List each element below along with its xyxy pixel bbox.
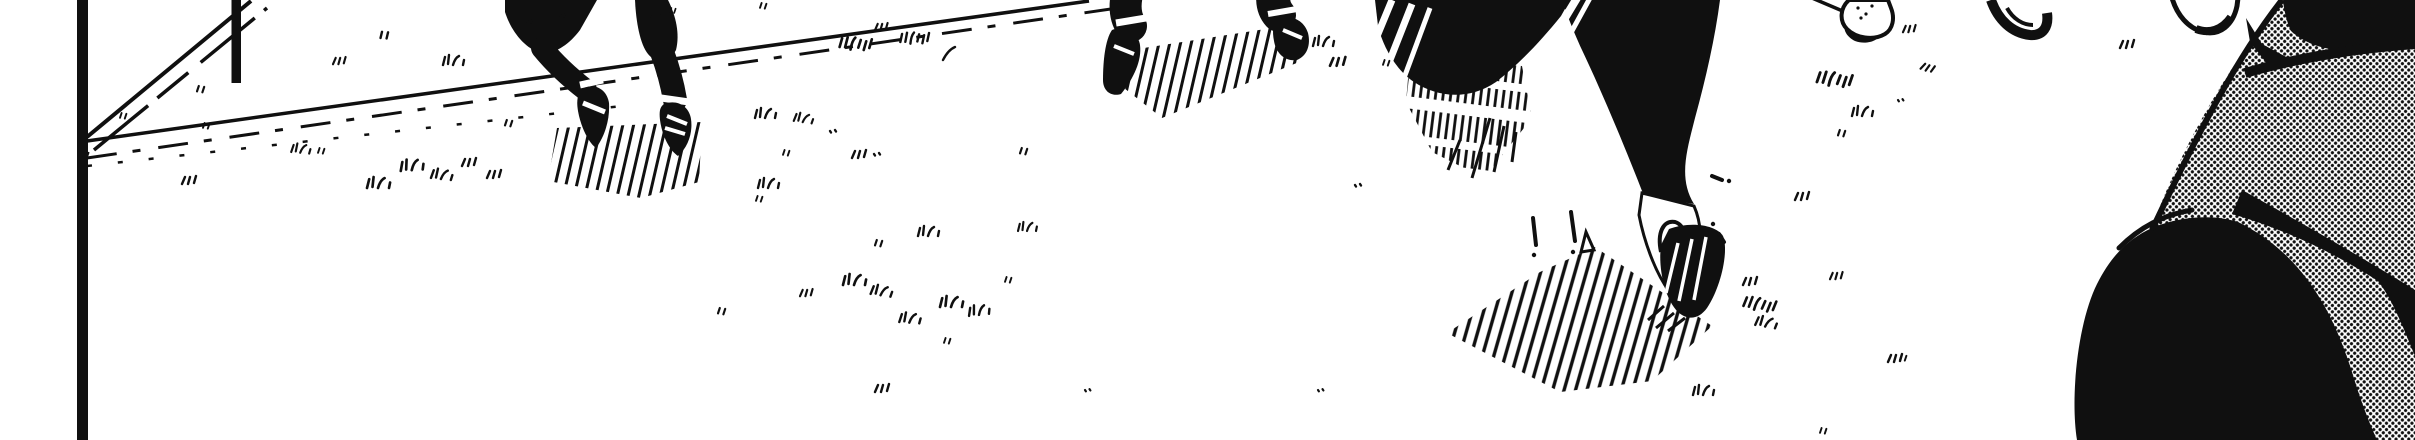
grass-tuft: [718, 308, 725, 314]
grass-tuft: [318, 148, 324, 154]
grass-tuft: [1817, 71, 1853, 87]
grass-tuft: [875, 240, 882, 246]
panel-border: [77, 0, 88, 440]
grass-tuft: [852, 150, 866, 158]
dirt-fleck-dot: [1532, 253, 1536, 257]
dirt-fleck-dot: [1715, 258, 1719, 262]
grass-tuft: [182, 176, 196, 184]
grass-tuft: [400, 158, 424, 171]
grass-tuft: [755, 108, 776, 118]
grass-tuft: [874, 153, 880, 156]
grass-tuft: [943, 47, 955, 60]
grass-tuft: [1020, 148, 1027, 154]
grass-tuft: [197, 86, 204, 92]
grass-tuft: [900, 32, 929, 44]
grass-tuft: [968, 304, 990, 316]
grass-tuft: [840, 37, 872, 50]
grass-tuft: [1743, 277, 1757, 285]
grass-tuft: [1755, 315, 1777, 328]
runner-a-rear-shin: [542, 48, 586, 90]
grass-tuft: [333, 57, 346, 64]
grass-tuft: [120, 113, 126, 119]
manga-panel-artwork: [0, 0, 2415, 440]
runner-a: [505, 0, 702, 198]
dirt-fleck-dot: [1571, 250, 1575, 254]
corner-flag-pole: [232, 0, 242, 83]
grass-tuft: [1330, 57, 1345, 66]
foreground-figure: [2074, 0, 2415, 440]
far-foot-2-outline: [1991, 0, 2047, 35]
grass-tuft: [1693, 385, 1714, 395]
grass-tuft: [875, 384, 889, 392]
grass-tuft: [1838, 130, 1845, 136]
grass-tuft: [1820, 428, 1826, 434]
grass-tuft: [487, 170, 501, 178]
grass-tuft: [462, 158, 476, 166]
grass-tuft: [1085, 389, 1090, 391]
grass-tuft: [871, 284, 893, 297]
grass-tuft: [1830, 272, 1843, 279]
grass-tuft: [940, 296, 963, 307]
grass-tuft: [1005, 277, 1011, 283]
grass-tuft: [756, 196, 762, 202]
foreground-runner-main-leg: [1562, 0, 1720, 204]
grass-tuft: [1743, 296, 1776, 312]
grass-tuft: [1018, 222, 1037, 231]
dirt-fleck-dot: [1711, 222, 1715, 226]
far-runner-foot-2: [1991, 0, 2047, 35]
grass-tuft: [291, 143, 311, 154]
grass-tuft: [918, 226, 939, 236]
grass-tuft: [760, 3, 766, 9]
runner-a-front-sock: [661, 98, 689, 102]
runner-b: [1103, 0, 1309, 118]
runner-b-rear-sock: [1116, 18, 1146, 23]
foreground-runner-dirt-triangle: [1581, 232, 1594, 252]
grass-tuft: [843, 274, 866, 285]
grass-tuft: [2120, 40, 2134, 48]
dirt-fleck-dot: [1727, 179, 1731, 183]
grass-tuft: [1921, 62, 1935, 73]
grass-tuft: [431, 168, 453, 180]
grass-tuft: [800, 289, 813, 296]
grass-tuft: [443, 55, 464, 65]
dirt-fleck-line: [1571, 212, 1575, 241]
grass-tuft: [783, 150, 789, 156]
grass-tuft: [899, 312, 921, 323]
grass-tuft: [758, 178, 779, 188]
grass-tuft: [1852, 106, 1873, 116]
grass-tuft: [830, 130, 836, 133]
grass-tuft: [1318, 389, 1323, 391]
foreground-runner: [1368, 0, 1725, 392]
grass-tuft: [1898, 99, 1903, 101]
grass-tuft: [380, 31, 389, 39]
dirt-fleck-line: [1533, 218, 1536, 245]
runner-a-rear-sock: [580, 80, 603, 85]
grass-tuft: [944, 338, 950, 344]
far-runner-foot-3: [2172, 0, 2238, 33]
far-runner-foot-1: [1812, 0, 1893, 43]
sideline-solid: [87, 1, 251, 137]
grass-tuft: [1795, 192, 1809, 200]
grass-tuft: [1313, 36, 1334, 46]
manga-panel: [0, 0, 2415, 440]
grass-tuft: [1900, 355, 1906, 361]
runner-a-front-shin: [662, 52, 675, 100]
grass-tuft: [505, 120, 512, 126]
dirt-fleck-line: [1712, 176, 1722, 180]
grass-tuft: [794, 112, 814, 124]
grass-tuft: [367, 177, 390, 188]
grass-tuft: [1355, 184, 1361, 187]
grass-tuft: [1903, 25, 1916, 32]
